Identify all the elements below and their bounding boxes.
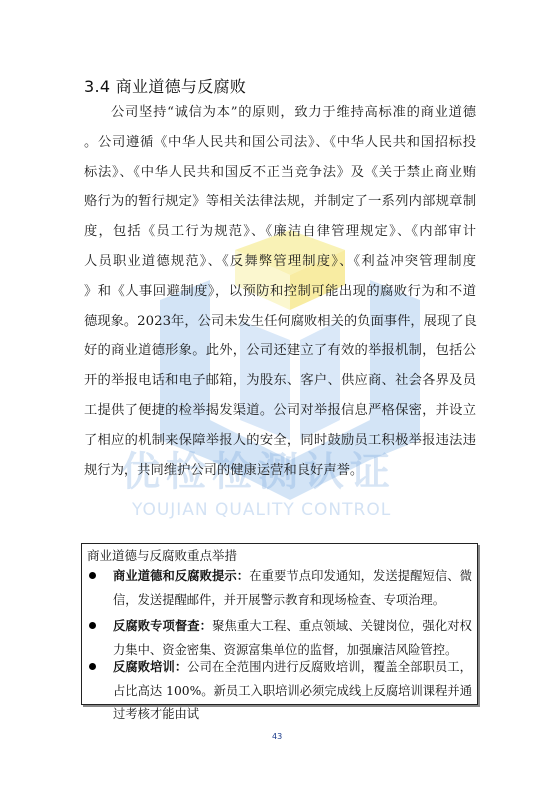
page-number: 43 — [272, 732, 282, 741]
paragraph-line: 德现象。2023年，公司未发生任何腐败相关的负面事件，展现了良 — [84, 307, 476, 337]
item-label: 商业道德和反腐败提示： — [113, 568, 249, 583]
box-list-item: 反腐败培训：公司在全范围内进行反腐败培训，覆盖全部职员工，占比高达 100%。新… — [87, 655, 472, 727]
bullet-icon — [89, 622, 96, 629]
bullet-icon — [89, 663, 96, 670]
box-title: 商业道德与反腐败重点举措 — [87, 546, 237, 564]
box-list-item: 商业道德和反腐败提示：在重要节点印发通知，发送提醒短信、微信，发送提醒邮件，并开… — [87, 564, 472, 612]
item-label: 反腐败培训： — [113, 659, 187, 674]
watermark-subtext: YOUJIAN QUALITY CONTROL — [132, 500, 391, 520]
paragraph-line: 》和《人事回避制度》，以预防和控制可能出现的腐败行为和不道 — [84, 277, 476, 307]
paragraph-line: 度，包括《员工行为规范》、《廉洁自律管理规定》、《内部审计 — [84, 217, 476, 247]
paragraph-line: 。公司遵循《中华人民共和国公司法》、《中华人民共和国招标投 — [84, 128, 476, 158]
bullet-icon — [89, 572, 96, 579]
section-heading: 3.4 商业道德与反腐败 — [84, 74, 246, 97]
document-page: 优检检测认证 YOUJIAN QUALITY CONTROL 3.4 商业道德与… — [0, 0, 558, 788]
body-paragraph: 公司坚持“诚信为本”的原则，致力于维持高标准的商业道德 。公司遵循《中华人民共和… — [84, 98, 476, 485]
paragraph-line: 标法》、《中华人民共和国反不正当竞争法》及《关于禁止商业贿 — [84, 158, 476, 188]
paragraph-line: 规行为，共同维护公司的健康运营和良好声誉。 — [84, 456, 476, 486]
item-label: 反腐败专项督查： — [113, 618, 212, 633]
paragraph-line: 开的举报电话和电子邮箱，为股东、客户、供应商、社会各界及员 — [84, 366, 476, 396]
paragraph-line: 赂行为的暂行规定》等相关法律法规，并制定了一系列内部规章制 — [84, 187, 476, 217]
paragraph-line: 了相应的机制来保障举报人的安全，同时鼓励员工积极举报违法违 — [84, 426, 476, 456]
paragraph-line: 人员职业道德规范》、《反舞弊管理制度》、《利益冲突管理制度 — [84, 247, 476, 277]
highlight-box: 商业道德与反腐败重点举措 商业道德和反腐败提示：在重要节点印发通知，发送提醒短信… — [81, 543, 478, 705]
paragraph-line: 工提供了便捷的检举揭发渠道。公司对举报信息严格保密，并设立 — [84, 396, 476, 426]
paragraph-line: 公司坚持“诚信为本”的原则，致力于维持高标准的商业道德 — [84, 98, 476, 128]
paragraph-line: 好的商业道德形象。此外，公司还建立了有效的举报机制，包括公 — [84, 336, 476, 366]
